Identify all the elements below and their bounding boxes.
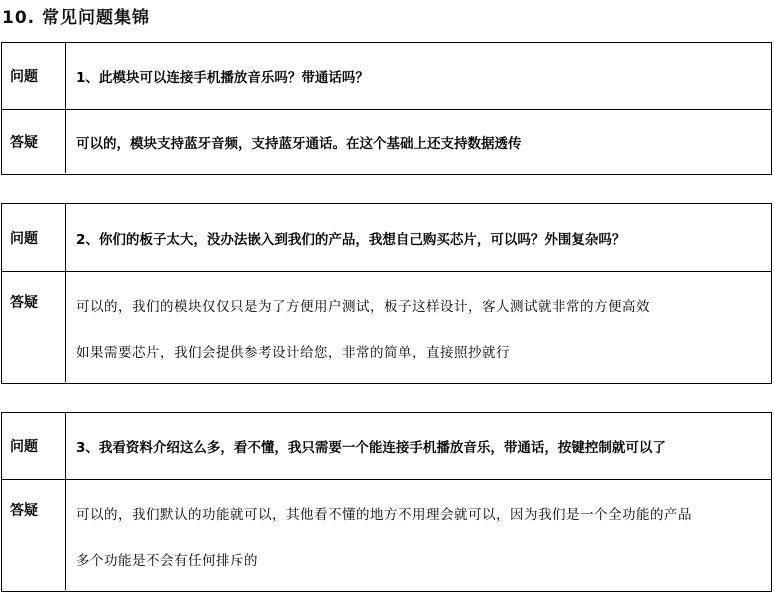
answer-line: 可以的，我们默认的功能就可以，其他看不懂的地方不用理会就可以，因为我们是一个全功… — [76, 492, 771, 538]
answer-text: 可以的，我们默认的功能就可以，其他看不懂的地方不用理会就可以，因为我们是一个全功… — [66, 480, 771, 590]
answer-line: 多个功能是不会有任何排斥的 — [76, 538, 771, 584]
section-title: 10. 常见问题集锦 — [2, 3, 150, 28]
answer-row: 答疑 可以的，我们默认的功能就可以，其他看不懂的地方不用理会就可以，因为我们是一… — [2, 479, 771, 590]
question-label: 问题 — [2, 43, 66, 109]
question-text: 3、我看资料介绍这么多，看不懂，我只需要一个能连接手机播放音乐，带通话，按键控制… — [66, 413, 771, 479]
question-row: 问题 1、此模块可以连接手机播放音乐吗？带通话吗？ — [2, 43, 771, 109]
answer-row: 答疑 可以的，我们的模块仅仅只是为了方便用户测试，板子这样设计，客人测试就非常的… — [2, 271, 771, 382]
answer-label: 答疑 — [2, 272, 66, 382]
answer-text: 可以的，我们的模块仅仅只是为了方便用户测试，板子这样设计，客人测试就非常的方便高… — [66, 272, 771, 382]
answer-text: 可以的，模块支持蓝牙音频，支持蓝牙通话。在这个基础上还支持数据透传 — [66, 110, 771, 173]
answer-label: 答疑 — [2, 110, 66, 173]
faq-table-2: 问题 2、你们的板子太大，没办法嵌入到我们的产品，我想自己购买芯片，可以吗？外围… — [1, 203, 772, 384]
question-label: 问题 — [2, 204, 66, 271]
answer-label: 答疑 — [2, 480, 66, 590]
question-label: 问题 — [2, 413, 66, 479]
question-text: 1、此模块可以连接手机播放音乐吗？带通话吗？ — [66, 43, 771, 109]
answer-row: 答疑 可以的，模块支持蓝牙音频，支持蓝牙通话。在这个基础上还支持数据透传 — [2, 109, 771, 173]
faq-table-1: 问题 1、此模块可以连接手机播放音乐吗？带通话吗？ 答疑 可以的，模块支持蓝牙音… — [1, 42, 772, 175]
answer-line: 如果需要芯片，我们会提供参考设计给您，非常的简单，直接照抄就行 — [76, 330, 771, 376]
question-row: 问题 2、你们的板子太大，没办法嵌入到我们的产品，我想自己购买芯片，可以吗？外围… — [2, 204, 771, 271]
answer-line: 可以的，我们的模块仅仅只是为了方便用户测试，板子这样设计，客人测试就非常的方便高… — [76, 284, 771, 330]
faq-table-3: 问题 3、我看资料介绍这么多，看不懂，我只需要一个能连接手机播放音乐，带通话，按… — [1, 412, 772, 592]
question-row: 问题 3、我看资料介绍这么多，看不懂，我只需要一个能连接手机播放音乐，带通话，按… — [2, 413, 771, 479]
question-text: 2、你们的板子太大，没办法嵌入到我们的产品，我想自己购买芯片，可以吗？外围复杂吗… — [66, 204, 771, 271]
